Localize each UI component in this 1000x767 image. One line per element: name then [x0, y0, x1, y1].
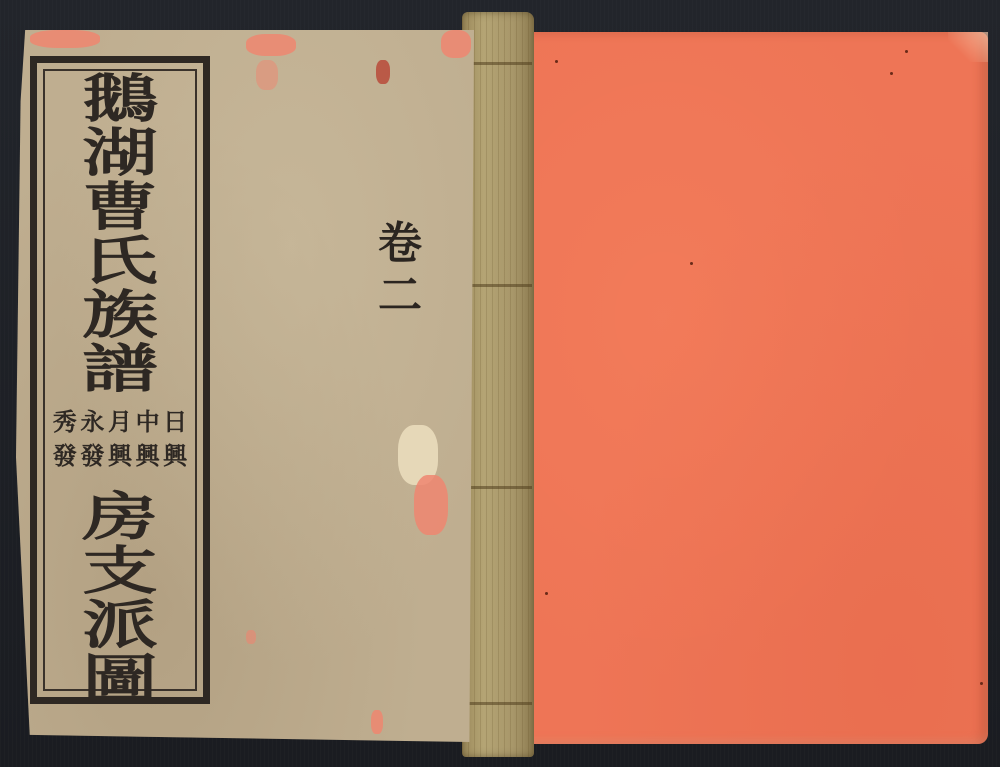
title-label-frame: 鵝 湖 曹 氏 族 譜 日 興 中 興 月 興 永 發 [30, 56, 210, 704]
branch-name: 中 興 [136, 405, 160, 485]
foxing-spot [890, 72, 893, 75]
branch-name: 日 興 [163, 405, 187, 485]
spine-stitch-band [464, 702, 532, 705]
branch-char: 興 [163, 439, 187, 473]
book-title: 鵝 湖 曹 氏 族 譜 [45, 73, 195, 397]
torn-patch [30, 30, 100, 48]
torn-patch [246, 34, 296, 56]
title-char: 湖 [82, 127, 157, 181]
branch-char: 永 [80, 405, 104, 439]
branch-char: 發 [53, 439, 77, 473]
branch-char: 秀 [53, 405, 77, 439]
spine-stitch-band [464, 486, 532, 489]
foxing-spot [690, 262, 693, 265]
book-subtitle: 房 支 派 圖 [45, 491, 195, 707]
foxing-spot [555, 60, 558, 63]
volume-char: 二 [378, 270, 422, 322]
foxing-spot [545, 592, 548, 595]
title-char: 鵝 [82, 73, 157, 127]
spine-stitch-band [464, 62, 532, 65]
subtitle-char: 房 [82, 491, 157, 545]
branch-char: 興 [108, 439, 132, 473]
foxing-spot [980, 682, 983, 685]
title-char: 譜 [82, 343, 157, 397]
subtitle-char: 圖 [82, 653, 157, 707]
branch-name: 永 發 [80, 405, 104, 485]
branch-char: 發 [80, 439, 104, 473]
torn-patch [256, 60, 278, 90]
branch-char: 興 [136, 439, 160, 473]
torn-patch [246, 630, 256, 644]
subtitle-char: 支 [82, 545, 157, 599]
spine-stitch-band [464, 284, 532, 287]
subtitle-char: 派 [82, 599, 157, 653]
corner-wear [948, 32, 988, 62]
branch-char: 月 [108, 405, 132, 439]
title-char: 曹 [82, 181, 157, 235]
title-char: 族 [82, 289, 157, 343]
title-label-inner-border: 鵝 湖 曹 氏 族 譜 日 興 中 興 月 興 永 發 [43, 69, 197, 691]
torn-patch [371, 710, 383, 734]
title-char: 氏 [82, 235, 157, 289]
orange-back-cover [525, 32, 988, 744]
volume-char: 卷 [378, 218, 422, 270]
branch-name: 月 興 [108, 405, 132, 485]
torn-patch [414, 475, 448, 535]
branch-names: 日 興 中 興 月 興 永 發 秀 發 [51, 405, 189, 485]
torn-patch [441, 30, 471, 58]
torn-patch [376, 60, 390, 84]
branch-char: 日 [163, 405, 187, 439]
volume-number: 卷 二 [378, 218, 422, 322]
foxing-spot [905, 50, 908, 53]
branch-char: 中 [136, 405, 160, 439]
branch-name: 秀 發 [53, 405, 77, 485]
